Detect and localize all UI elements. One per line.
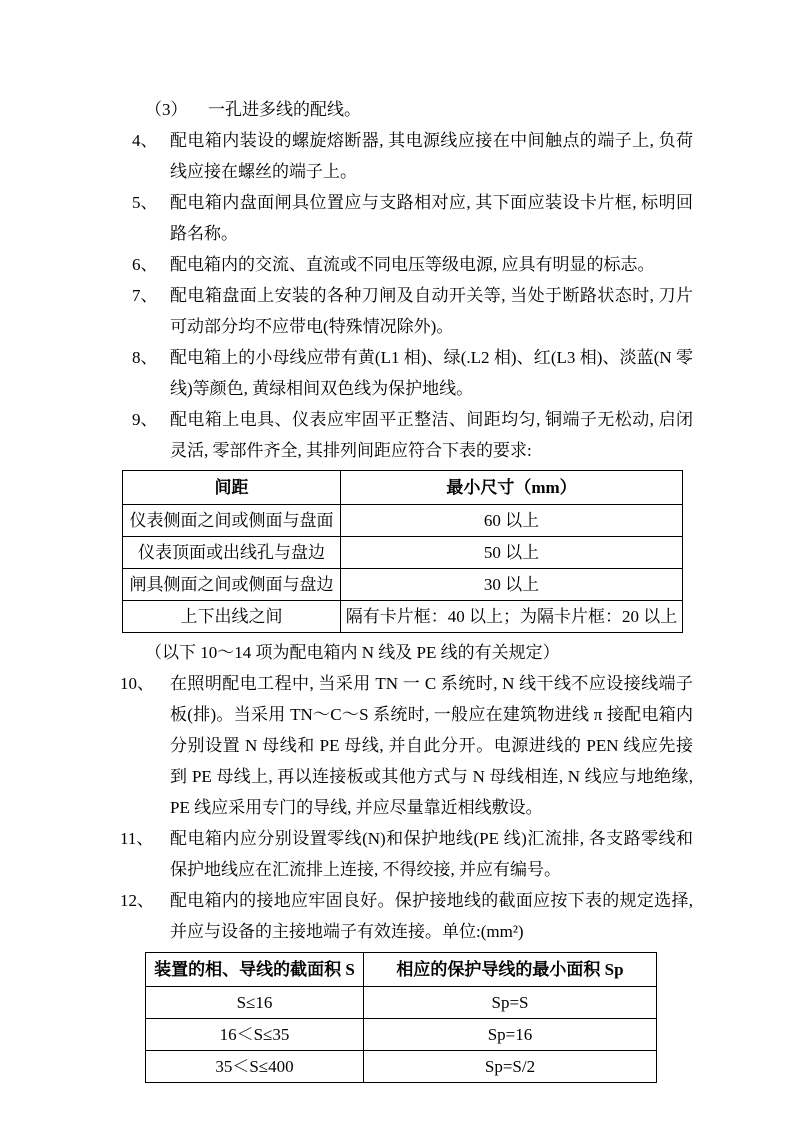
table-header-row: 装置的相、导线的截面积 S 相应的保护导线的最小面积 Sp bbox=[146, 953, 657, 987]
list-item-marker: 8、 bbox=[102, 342, 170, 404]
list-item-text: 一孔进多线的配线。 bbox=[208, 94, 361, 125]
table-cell: 闸具侧面之间或侧面与盘边 bbox=[123, 569, 341, 601]
list-item-marker: 4、 bbox=[102, 125, 170, 187]
table-header-row: 间距 最小尺寸（mm） bbox=[123, 471, 683, 505]
list-item-8: 8、 配电箱上的小母线应带有黄(L1 相)、绿(.L2 相)、红(L3 相)、淡… bbox=[102, 342, 693, 404]
table-header-cell: 最小尺寸（mm） bbox=[341, 471, 683, 505]
table-cell: Sp=S bbox=[364, 987, 657, 1019]
list-item-marker: 11、 bbox=[102, 823, 170, 885]
list-item-9: 9、 配电箱上电具、仪表应牢固平正整洁、间距均匀, 铜端子无松动, 启闭灵活, … bbox=[102, 404, 693, 466]
table-header-cell: 相应的保护导线的最小面积 Sp bbox=[364, 953, 657, 987]
list-item-marker: 6、 bbox=[102, 249, 170, 280]
list-item-7: 7、 配电箱盘面上安装的各种刀闸及自动开关等, 当处于断路状态时, 刀片可动部分… bbox=[102, 280, 693, 342]
list-item-marker: 5、 bbox=[102, 187, 170, 249]
table-cell: 仪表顶面或出线孔与盘边 bbox=[123, 537, 341, 569]
list-item-12: 12、 配电箱内的接地应牢固良好。保护接地线的截面应按下表的规定选择, 并应与设… bbox=[102, 885, 693, 947]
table-cell: 60 以上 bbox=[341, 505, 683, 537]
list-item-text: 配电箱上的小母线应带有黄(L1 相)、绿(.L2 相)、红(L3 相)、淡蓝(N… bbox=[170, 342, 693, 404]
list-item-10: 10、 在照明配电工程中, 当采用 TN 一 C 系统时, N 线干线不应设接线… bbox=[102, 668, 693, 823]
table-cell: 上下出线之间 bbox=[123, 601, 341, 633]
table-header-cell: 装置的相、导线的截面积 S bbox=[146, 953, 364, 987]
grounding-wire-table: 装置的相、导线的截面积 S 相应的保护导线的最小面积 Sp S≤16 Sp=S … bbox=[145, 952, 657, 1083]
list-item-text: 配电箱内的接地应牢固良好。保护接地线的截面应按下表的规定选择, 并应与设备的主接… bbox=[170, 885, 693, 947]
list-item-text: 配电箱内盘面闸具位置应与支路相对应, 其下面应装设卡片框, 标明回路名称。 bbox=[170, 187, 693, 249]
table-row: 上下出线之间 隔有卡片框：40 以上；为隔卡片框：20 以上 bbox=[123, 601, 683, 633]
list-item-11: 11、 配电箱内应分别设置零线(N)和保护地线(PE 线)汇流排, 各支路零线和… bbox=[102, 823, 693, 885]
table-cell: 16＜S≤35 bbox=[146, 1019, 364, 1051]
list-item-marker: 7、 bbox=[102, 280, 170, 342]
list-item-text: 配电箱内的交流、直流或不同电压等级电源, 应具有明显的标志。 bbox=[170, 249, 693, 280]
table-cell: Sp=16 bbox=[364, 1019, 657, 1051]
table-cell: S≤16 bbox=[146, 987, 364, 1019]
list-item-marker: 12、 bbox=[102, 885, 170, 947]
table-row: 闸具侧面之间或侧面与盘边 30 以上 bbox=[123, 569, 683, 601]
list-item-text: 在照明配电工程中, 当采用 TN 一 C 系统时, N 线干线不应设接线端子板(… bbox=[170, 668, 693, 823]
list-item-marker: 10、 bbox=[102, 668, 170, 823]
list-item-5: 5、 配电箱内盘面闸具位置应与支路相对应, 其下面应装设卡片框, 标明回路名称。 bbox=[102, 187, 693, 249]
list-item-3: （3） 一孔进多线的配线。 bbox=[145, 94, 693, 125]
table-header-cell: 间距 bbox=[123, 471, 341, 505]
table-cell: 35＜S≤400 bbox=[146, 1051, 364, 1083]
list-item-6: 6、 配电箱内的交流、直流或不同电压等级电源, 应具有明显的标志。 bbox=[102, 249, 693, 280]
list-item-text: 配电箱上电具、仪表应牢固平正整洁、间距均匀, 铜端子无松动, 启闭灵活, 零部件… bbox=[170, 404, 693, 466]
document-page: （3） 一孔进多线的配线。 4、 配电箱内装设的螺旋熔断器, 其电源线应接在中间… bbox=[0, 0, 793, 1122]
table-row: 16＜S≤35 Sp=16 bbox=[146, 1019, 657, 1051]
table-cell: 隔有卡片框：40 以上；为隔卡片框：20 以上 bbox=[341, 601, 683, 633]
table-cell: 50 以上 bbox=[341, 537, 683, 569]
list-item-text: 配电箱内装设的螺旋熔断器, 其电源线应接在中间触点的端子上, 负荷线应接在螺丝的… bbox=[170, 125, 693, 187]
list-item-marker: 9、 bbox=[102, 404, 170, 466]
table-row: S≤16 Sp=S bbox=[146, 987, 657, 1019]
spacing-table: 间距 最小尺寸（mm） 仪表侧面之间或侧面与盘面 60 以上 仪表顶面或出线孔与… bbox=[122, 470, 683, 633]
list-item-text: 配电箱内应分别设置零线(N)和保护地线(PE 线)汇流排, 各支路零线和保护地线… bbox=[170, 823, 693, 885]
list-item-marker: （3） bbox=[145, 94, 208, 125]
table-cell: 仪表侧面之间或侧面与盘面 bbox=[123, 505, 341, 537]
table-row: 仪表顶面或出线孔与盘边 50 以上 bbox=[123, 537, 683, 569]
list-item-4: 4、 配电箱内装设的螺旋熔断器, 其电源线应接在中间触点的端子上, 负荷线应接在… bbox=[102, 125, 693, 187]
table-row: 35＜S≤400 Sp=S/2 bbox=[146, 1051, 657, 1083]
table-row: 仪表侧面之间或侧面与盘面 60 以上 bbox=[123, 505, 683, 537]
section-note: （以下 10～14 项为配电箱内 N 线及 PE 线的有关规定） bbox=[145, 637, 693, 668]
table-cell: Sp=S/2 bbox=[364, 1051, 657, 1083]
table-cell: 30 以上 bbox=[341, 569, 683, 601]
list-item-text: 配电箱盘面上安装的各种刀闸及自动开关等, 当处于断路状态时, 刀片可动部分均不应… bbox=[170, 280, 693, 342]
